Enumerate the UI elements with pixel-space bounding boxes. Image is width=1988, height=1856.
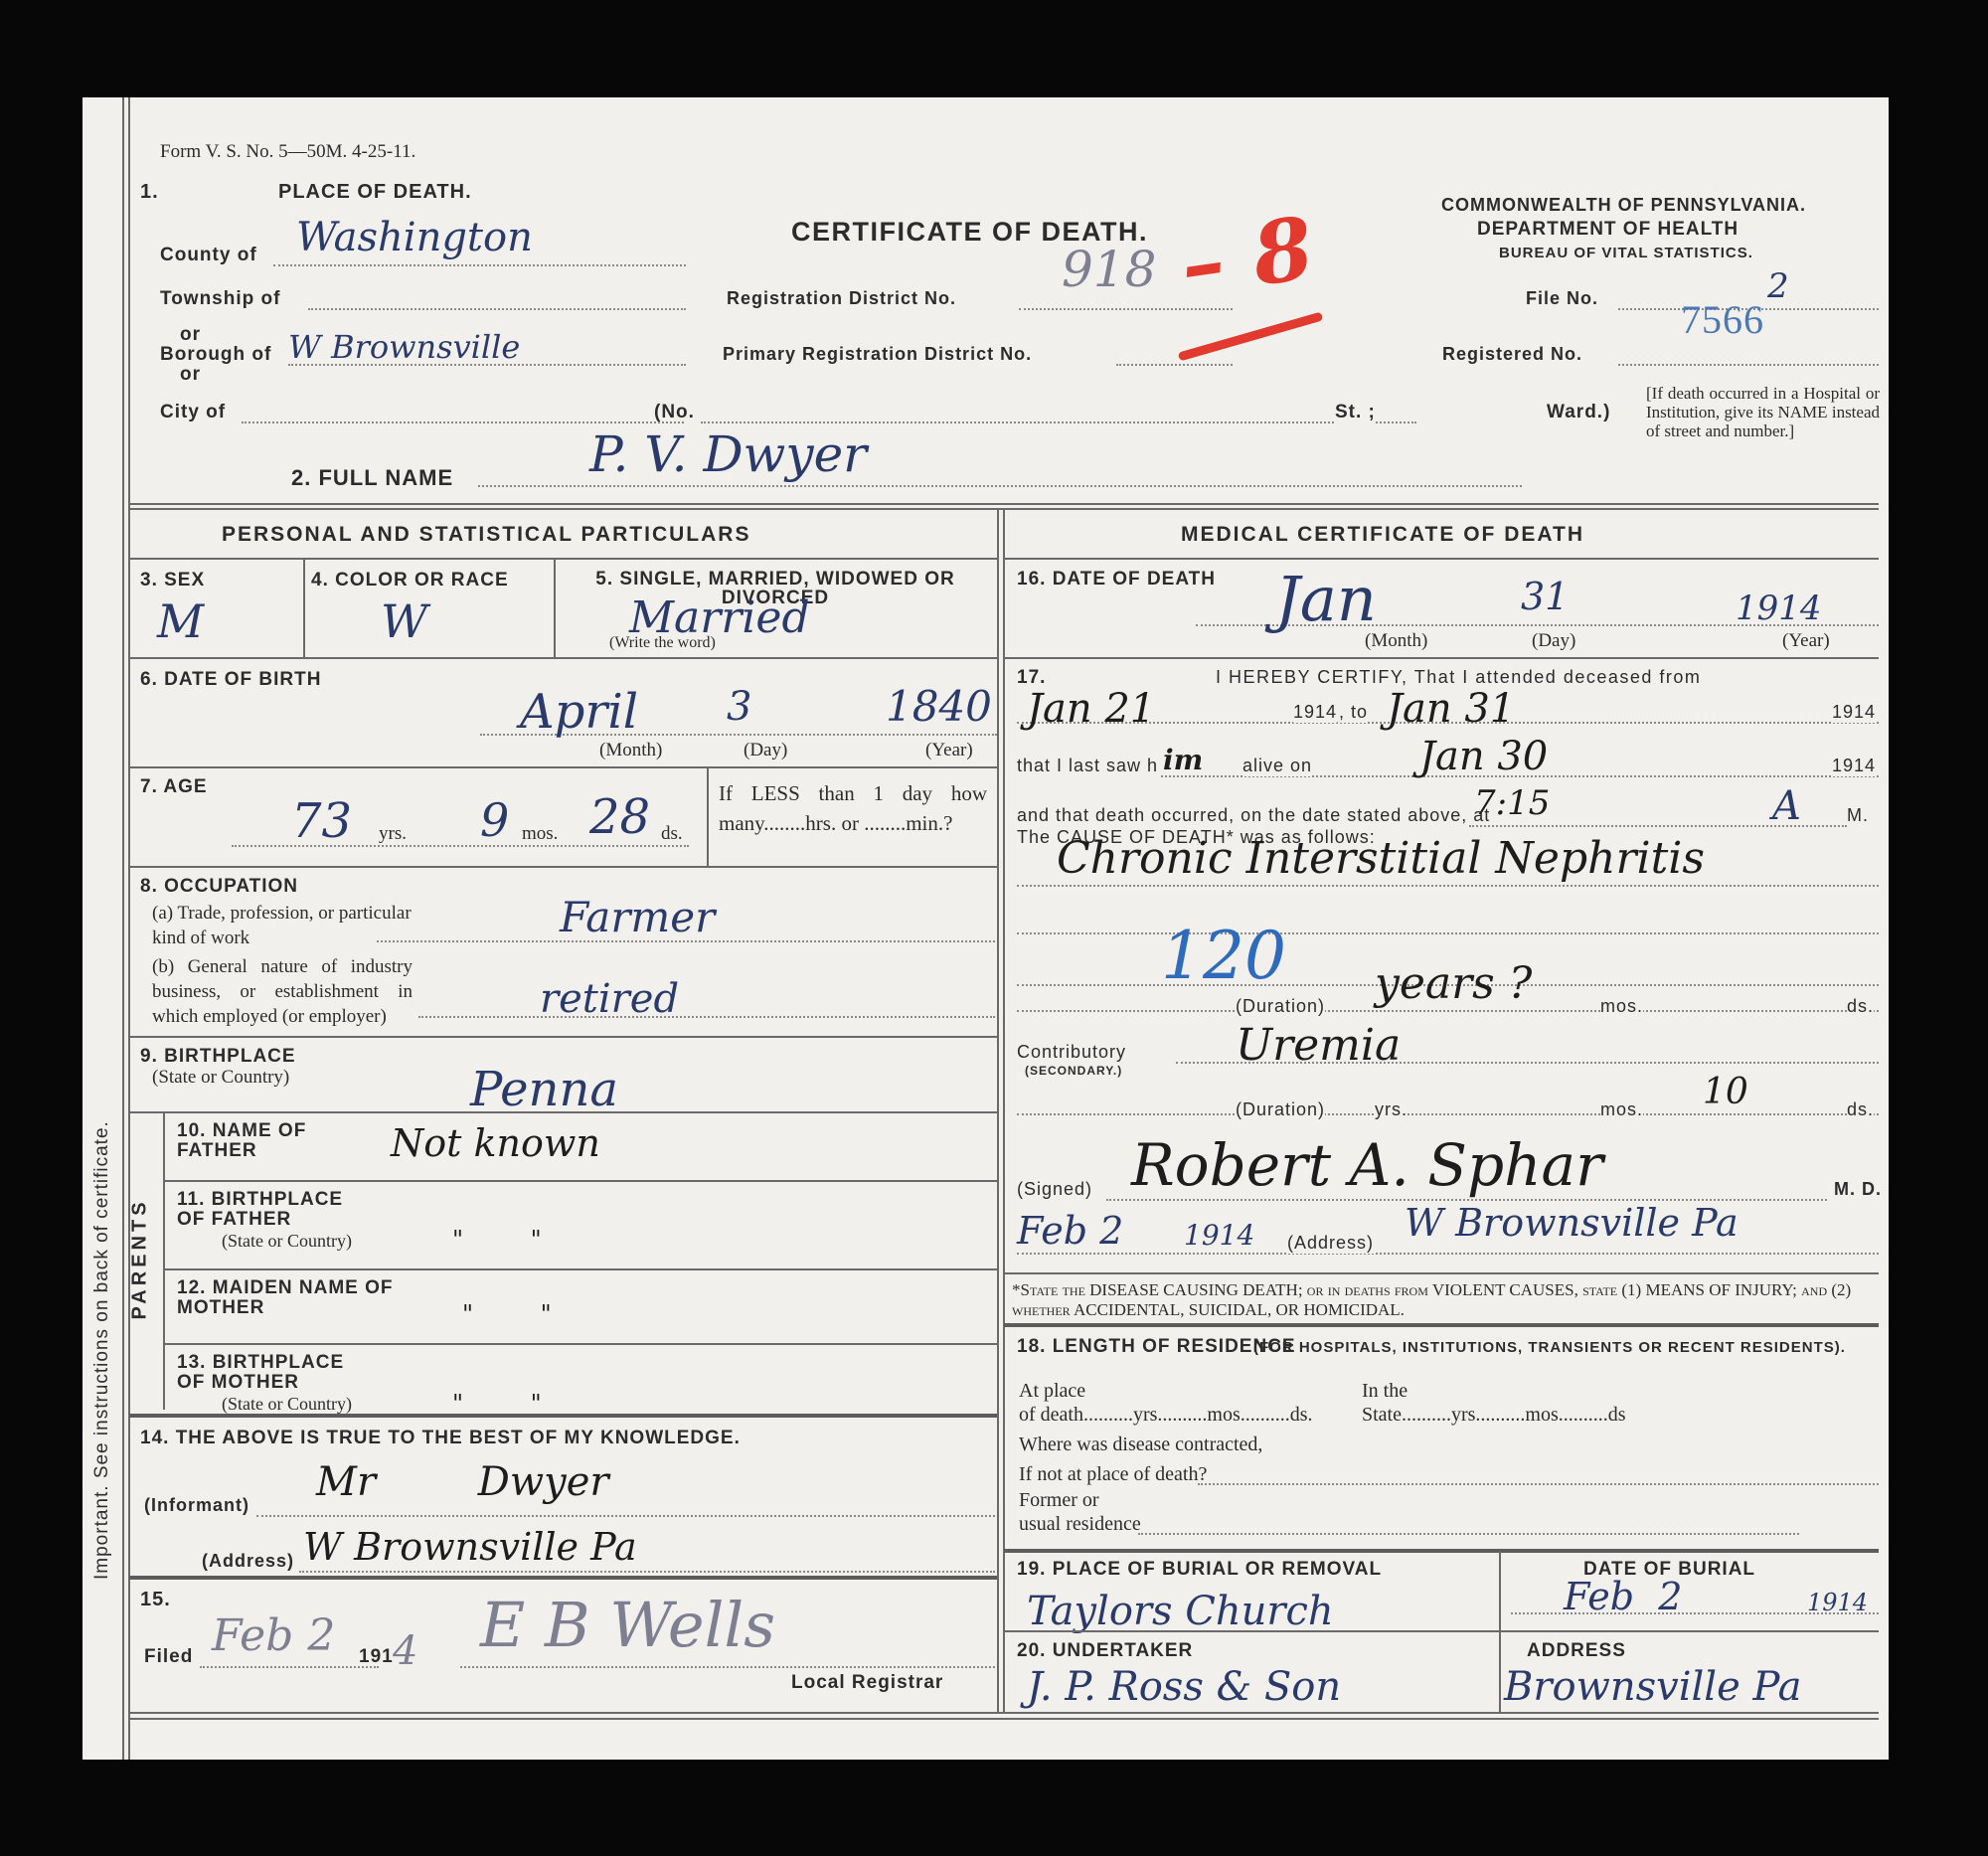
occupation-label: 8. OCCUPATION: [140, 876, 298, 898]
hospital-note: [If death occurred in a Hospital or Inst…: [1646, 384, 1880, 440]
informant-field[interactable]: Mr Dwyer: [316, 1459, 609, 1505]
less-than-day-note: If LESS than 1 day how many........hrs. …: [719, 778, 987, 838]
age-label: 7. AGE: [140, 776, 208, 798]
agency-line2: DEPARTMENT OF HEALTH: [1477, 219, 1739, 241]
signed-label: (Signed): [1017, 1179, 1092, 1200]
last-saw-date-field[interactable]: Jan 30: [1419, 734, 1548, 779]
father-birthplace-sub: (State or Country): [222, 1231, 352, 1252]
mos-label: mos.: [522, 823, 558, 845]
file-no-prefix: 2: [1767, 266, 1789, 306]
certify-text: I HEREBY CERTIFY, That I attended deceas…: [1216, 667, 1701, 688]
signed-date-field[interactable]: Feb 2: [1017, 1209, 1123, 1253]
contrib-duration-days-field[interactable]: 10: [1703, 1072, 1748, 1112]
burial-year-field[interactable]: 1914: [1807, 1589, 1868, 1616]
race-field[interactable]: W: [381, 594, 427, 648]
mother-birthplace-sub: (State or Country): [222, 1394, 352, 1415]
registration-district-label: Registration District No.: [727, 288, 956, 309]
red-pencil-mark: – 8: [1175, 198, 1320, 315]
filed-date-field[interactable]: Feb 2: [212, 1610, 335, 1661]
race-label: 4. COLOR OR RACE: [311, 570, 509, 591]
death-time-field[interactable]: 7:15: [1474, 783, 1550, 823]
birthplace-sub: (State or Country): [152, 1067, 289, 1089]
birthplace-field[interactable]: Penna: [470, 1062, 618, 1117]
file-no-label: File No.: [1526, 288, 1598, 309]
registered-no-field[interactable]: [1618, 364, 1879, 366]
if-not-label: If not at place of death?: [1019, 1463, 1207, 1486]
informant-label: (Informant): [144, 1495, 249, 1516]
dod-year-field[interactable]: 1914: [1736, 589, 1822, 628]
or-label: or: [180, 364, 201, 386]
age-days-field[interactable]: 28: [589, 789, 650, 845]
death-time-text: and that death occurred, on the date sta…: [1017, 805, 1490, 826]
full-name-label: 2. FULL NAME: [291, 465, 453, 491]
usual-residence-label: usual residence: [1019, 1513, 1141, 1536]
ds-label: ds.: [1847, 1099, 1874, 1120]
where-contracted-label: Where was disease contracted,: [1019, 1434, 1262, 1456]
mother-name-label: 12. MAIDEN NAME OF MOTHER: [177, 1278, 406, 1318]
attended-to-field[interactable]: Jan 31: [1387, 686, 1515, 732]
usual-residence-field[interactable]: [1138, 1533, 1799, 1535]
contributory-field[interactable]: Uremia: [1236, 1020, 1401, 1071]
red-pencil-strike: [1178, 312, 1324, 362]
filed-label: Filed: [144, 1646, 193, 1668]
age-years-field[interactable]: 73: [291, 793, 352, 849]
marital-status-field[interactable]: Married: [629, 592, 810, 643]
sex-field[interactable]: M: [157, 594, 204, 648]
pronoun-field[interactable]: im: [1163, 744, 1203, 776]
at-place-label: At place: [1019, 1380, 1085, 1403]
attended-from-field[interactable]: Jan 21: [1027, 686, 1155, 732]
in-state-field[interactable]: State..........yrs..........mos.........…: [1362, 1404, 1626, 1427]
dod-day-field[interactable]: 31: [1521, 575, 1569, 618]
file-no-field[interactable]: 7566: [1681, 296, 1764, 343]
undertaker-address-field[interactable]: Brownsville Pa: [1504, 1664, 1801, 1710]
section-1-number: 1.: [140, 181, 159, 204]
day-caption: (Day): [744, 740, 787, 761]
city-field[interactable]: [242, 422, 684, 423]
dod-month-caption: (Month): [1365, 630, 1427, 652]
m-label: M.: [1847, 805, 1869, 826]
informant-address-field[interactable]: W Brownsville Pa: [303, 1525, 637, 1569]
county-label: County of: [160, 245, 257, 266]
death-ampm-field[interactable]: A: [1772, 783, 1801, 829]
ds-label: ds.: [661, 823, 683, 845]
form-number: Form V. S. No. 5—50M. 4-25-11.: [160, 141, 415, 163]
filed-year-field[interactable]: 4: [393, 1628, 417, 1674]
primary-district-field[interactable]: [1116, 364, 1233, 366]
informant-heading: 14. THE ABOVE IS TRUE TO THE BEST OF MY …: [140, 1428, 741, 1449]
former-label: Former or: [1019, 1489, 1099, 1512]
code-mark: 120: [1161, 918, 1286, 994]
dod-label: 16. DATE OF DEATH: [1017, 569, 1216, 591]
margin-rule: [128, 97, 130, 1760]
father-name-field[interactable]: Not known: [391, 1121, 600, 1165]
physician-address-label: (Address): [1287, 1233, 1374, 1254]
duration-label: (Duration): [1236, 996, 1325, 1017]
dob-label: 6. DATE OF BIRTH: [140, 669, 321, 691]
mos-label: mos.: [1600, 996, 1643, 1017]
ds-label: ds.: [1847, 996, 1874, 1017]
father-birthplace-field[interactable]: " ": [452, 1226, 572, 1254]
contributory-label: Contributory: [1017, 1042, 1126, 1063]
cause-of-death-field[interactable]: Chronic Interstitial Nephritis: [1057, 833, 1705, 884]
medical-heading: MEDICAL CERTIFICATE OF DEATH: [1181, 523, 1584, 547]
township-label: Township of: [160, 288, 280, 310]
st-label: St. ;: [1335, 402, 1376, 423]
or-label: or: [180, 324, 201, 346]
to-label: , to: [1339, 702, 1368, 723]
year-caption: (Year): [925, 740, 973, 761]
city-label: City of: [160, 402, 226, 423]
primary-district-label: Primary Registration District No.: [723, 344, 1032, 365]
last-saw-prefix: that I last saw h: [1017, 756, 1158, 776]
agency-line1: COMMONWEALTH OF PENNSYLVANIA.: [1441, 195, 1806, 216]
dod-year-caption: (Year): [1782, 630, 1830, 652]
mos-label: mos.: [1600, 1099, 1643, 1120]
age-months-field[interactable]: 9: [480, 793, 509, 847]
registration-district-field[interactable]: 918: [1062, 241, 1156, 298]
yrs-label: yrs.: [379, 823, 407, 845]
yrs-label: yrs.: [1375, 1099, 1408, 1120]
attended-to-year: 1914: [1832, 702, 1876, 723]
mother-name-field[interactable]: " ": [462, 1300, 581, 1328]
in-the-label: In the: [1362, 1380, 1408, 1403]
borough-label: Borough of: [160, 344, 271, 366]
last-saw-year: 1914: [1832, 756, 1876, 776]
undertaker-address-label: ADDRESS: [1527, 1640, 1626, 1662]
death-certificate-page: Important. See instructions on back of c…: [83, 97, 1889, 1760]
residence-sub: (FOR HOSPITALS, INSTITUTIONS, TRANSIENTS…: [1253, 1338, 1880, 1358]
attended-from-year: 1914: [1293, 702, 1337, 723]
county-field[interactable]: Washington: [296, 215, 533, 260]
burial-place-label: 19. PLACE OF BURIAL OR REMOVAL: [1017, 1559, 1382, 1581]
cause-footnote: *State the DISEASE CAUSING DEATH; or in …: [1012, 1280, 1879, 1320]
place-of-death-heading: PLACE OF DEATH.: [278, 181, 472, 204]
dod-day-caption: (Day): [1532, 630, 1575, 652]
disease-contracted-field[interactable]: [1198, 1483, 1879, 1485]
registered-no-label: Registered No.: [1442, 344, 1582, 365]
alive-on-label: alive on: [1242, 756, 1312, 776]
section-15-number: 15.: [140, 1589, 171, 1611]
father-birthplace-label: 11. BIRTHPLACE OF FATHER: [177, 1190, 366, 1230]
dob-month-field[interactable]: April: [520, 684, 638, 740]
birthplace-label: 9. BIRTHPLACE: [140, 1046, 296, 1068]
mother-birthplace-label: 13. BIRTHPLACE OF MOTHER: [177, 1353, 366, 1393]
duration-label: (Duration): [1236, 1099, 1325, 1120]
dob-year-field[interactable]: 1840: [886, 682, 992, 731]
undertaker-label: 20. UNDERTAKER: [1017, 1640, 1193, 1662]
column-divider: [997, 508, 999, 1712]
local-registrar-label: Local Registrar: [791, 1672, 943, 1694]
margin-rule: [122, 97, 124, 1760]
signed-year-field[interactable]: 1914: [1184, 1219, 1254, 1252]
cause-duration-field[interactable]: years ?: [1375, 958, 1532, 1009]
occupation-a-label: (a) Trade, profession, or particular kin…: [152, 901, 413, 950]
parents-label: PARENTS: [129, 1190, 152, 1329]
margin-instructions: Important. See instructions on back of c…: [91, 1023, 113, 1580]
dob-day-field[interactable]: 3: [727, 684, 751, 730]
month-caption: (Month): [599, 740, 662, 761]
column-divider: [1003, 508, 1005, 1712]
burial-date-field[interactable]: Feb 2: [1564, 1575, 1682, 1618]
dod-month-field[interactable]: Jan: [1275, 563, 1377, 635]
physician-signature: Robert A. Sphar: [1131, 1131, 1603, 1199]
at-place-of-death-field[interactable]: of death..........yrs..........mos......…: [1019, 1404, 1313, 1427]
ward-label: Ward.): [1547, 402, 1610, 423]
street-no-label: (No.: [654, 402, 695, 423]
full-name-field[interactable]: P. V. Dwyer: [589, 425, 867, 483]
street-field[interactable]: [701, 422, 1416, 423]
undertaker-field[interactable]: J. P. Ross & Son: [1027, 1664, 1341, 1710]
borough-field[interactable]: W Brownsville: [288, 328, 520, 366]
informant-address-label: (Address): [202, 1551, 294, 1572]
township-field[interactable]: [308, 308, 686, 310]
md-label: M. D.: [1834, 1179, 1882, 1200]
occupation-b-label: (b) General nature of industry business,…: [152, 954, 413, 1029]
agency-line3: BUREAU OF VITAL STATISTICS.: [1499, 245, 1753, 261]
personal-heading: PERSONAL AND STATISTICAL PARTICULARS: [222, 523, 750, 547]
sex-label: 3. SEX: [140, 570, 205, 591]
secondary-label: (SECONDARY.): [1025, 1064, 1122, 1078]
occupation-b-field[interactable]: retired: [540, 976, 679, 1022]
father-name-label: 10. NAME OF FATHER: [177, 1121, 366, 1161]
burial-place-field[interactable]: Taylors Church: [1027, 1589, 1334, 1634]
filed-year-prefix: 191: [359, 1646, 394, 1668]
occupation-a-field[interactable]: Farmer: [560, 893, 715, 941]
physician-address-field[interactable]: W Brownsville Pa: [1405, 1201, 1739, 1245]
registrar-signature: E B Wells: [480, 1589, 775, 1661]
